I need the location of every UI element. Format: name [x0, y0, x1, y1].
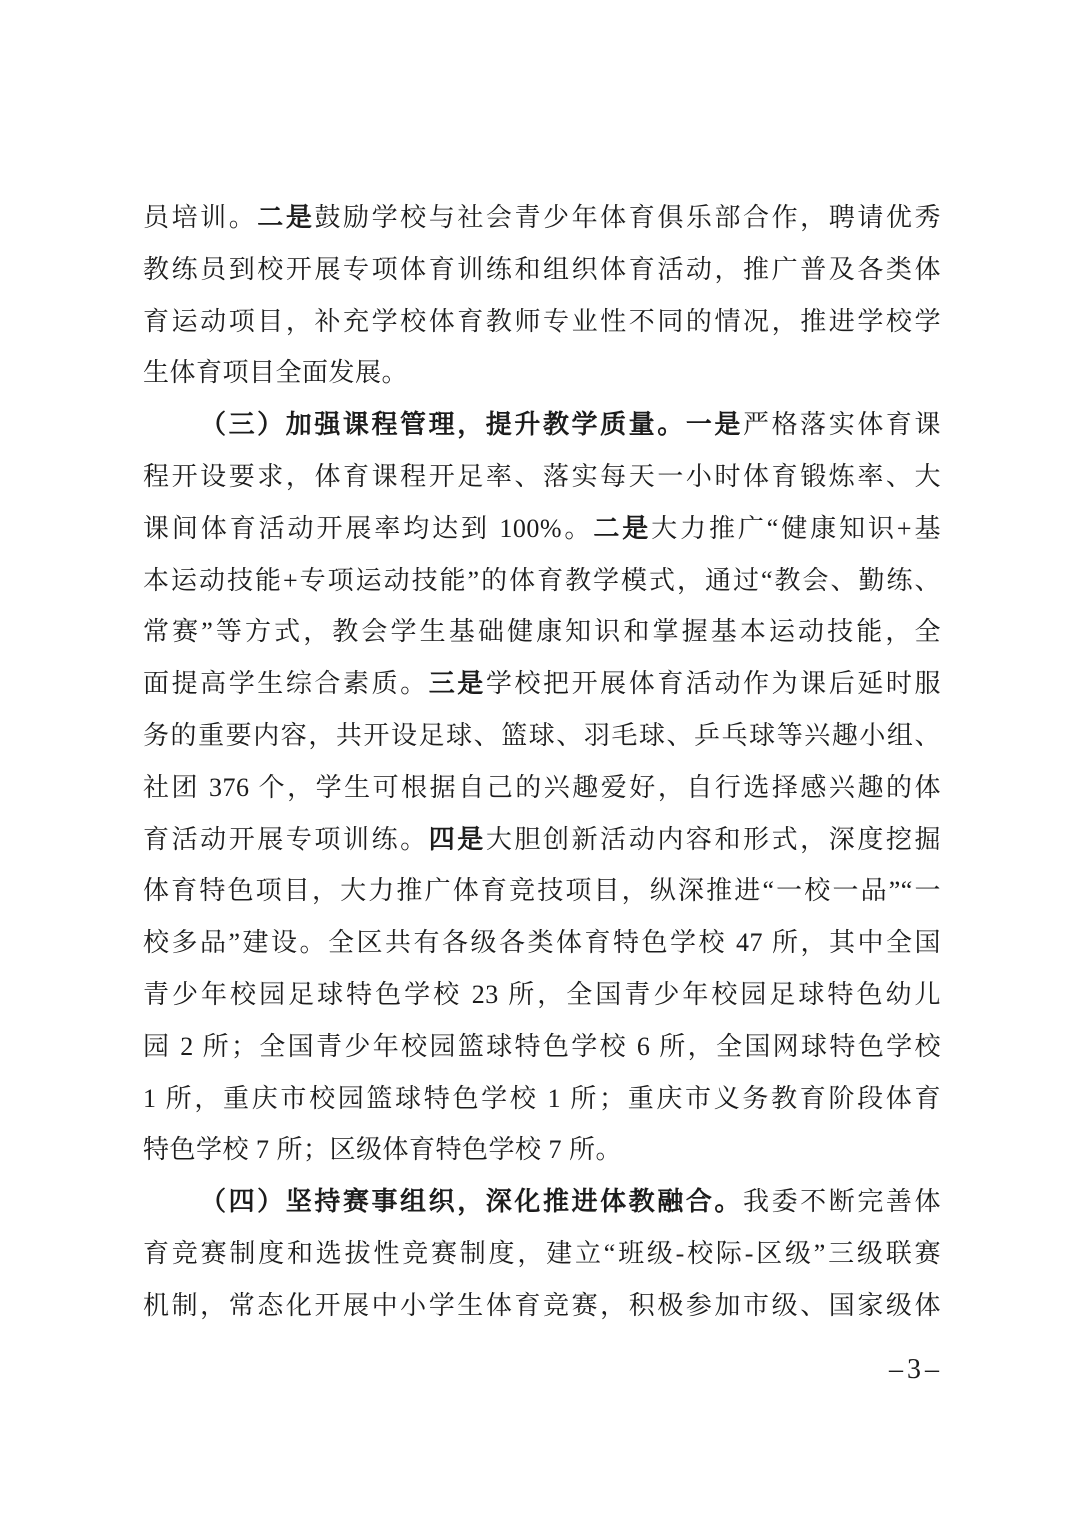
emphasis-text: 四是: [429, 825, 486, 854]
text-line: 务的重要内容，共开设足球、篮球、羽毛球、乒乓球等兴趣小组、: [143, 710, 941, 762]
body-text: 我委不断完善体: [743, 1187, 941, 1216]
body-text: 课间体育活动开展率均达到 100%。: [143, 514, 593, 543]
text-line: 常赛”等方式，教会学生基础健康知识和掌握基本运动技能，全: [143, 606, 941, 658]
body-text: 育运动项目，补充学校体育教师专业性不同的情况，推进学校学: [143, 307, 941, 336]
body-text: 育竞赛制度和选拔性竞赛制度，建立“班级-校际-区级”三级联赛: [143, 1239, 941, 1268]
text-line: 教练员到校开展专项体育训练和组织体育活动，推广普及各类体: [143, 244, 941, 296]
text-line: 面提高学生综合素质。三是学校把开展体育活动作为课后延时服: [143, 658, 941, 710]
body-text: 园 2 所；全国青少年校园篮球特色学校 6 所，全国网球特色学校: [143, 1032, 941, 1061]
text-line: 体育特色项目，大力推广体育竞技项目，纵深推进“一校一品”“一: [143, 865, 941, 917]
body-text: 务的重要内容，共开设足球、篮球、羽毛球、乒乓球等兴趣小组、: [143, 721, 941, 750]
body-text: 生体育项目全面发展。: [143, 358, 408, 387]
body-text: 严格落实体育课: [743, 410, 941, 439]
emphasis-text: 二是: [593, 514, 651, 543]
text-line: 育活动开展专项训练。四是大胆创新活动内容和形式，深度挖掘: [143, 814, 941, 866]
text-line: 1 所，重庆市校园篮球特色学校 1 所；重庆市义务教育阶段体育: [143, 1073, 941, 1125]
body-text: 社团 376 个，学生可根据自己的兴趣爱好，自行选择感兴趣的体: [143, 773, 941, 802]
text-line: 课间体育活动开展率均达到 100%。二是大力推广“健康知识+基: [143, 503, 941, 555]
body-text: 教练员到校开展专项体育训练和组织体育活动，推广普及各类体: [143, 255, 941, 284]
text-line: 育运动项目，补充学校体育教师专业性不同的情况，推进学校学: [143, 296, 941, 348]
text-line: 园 2 所；全国青少年校园篮球特色学校 6 所，全国网球特色学校: [143, 1021, 941, 1073]
body-text: 本运动技能+专项运动技能”的体育教学模式，通过“教会、勤练、: [143, 566, 941, 595]
body-text: 常赛”等方式，教会学生基础健康知识和掌握基本运动技能，全: [143, 617, 941, 646]
text-line: 青少年校园足球特色学校 23 所，全国青少年校园足球特色幼儿: [143, 969, 941, 1021]
body-text: 特色学校 7 所；区级体育特色学校 7 所。: [143, 1135, 622, 1164]
body-text: 体育特色项目，大力推广体育竞技项目，纵深推进“一校一品”“一: [143, 876, 941, 905]
text-line: 育竞赛制度和选拔性竞赛制度，建立“班级-校际-区级”三级联赛: [143, 1228, 941, 1280]
body-text: 面提高学生综合素质。: [143, 669, 429, 698]
body-text: 1 所，重庆市校园篮球特色学校 1 所；重庆市义务教育阶段体育: [143, 1084, 941, 1113]
body-text: 程开设要求，体育课程开足率、落实每天一小时体育锻炼率、大: [143, 462, 941, 491]
body-text: 大胆创新活动内容和形式，深度挖掘: [486, 825, 941, 854]
document-page: 员培训。二是鼓励学校与社会青少年体育俱乐部合作，聘请优秀教练员到校开展专项体育训…: [0, 0, 1074, 1520]
emphasis-text: 三是: [429, 669, 486, 698]
text-line: （四）坚持赛事组织，深化推进体教融合。我委不断完善体: [143, 1176, 941, 1228]
emphasis-text: （四）坚持赛事组织，深化推进体教融合。: [200, 1187, 743, 1216]
body-text: 机制，常态化开展中小学生体育竞赛，积极参加市级、国家级体: [143, 1291, 941, 1320]
emphasis-text: （三）加强课程管理，提升教学质量。一是: [200, 410, 743, 439]
page-number: –3–: [889, 1352, 943, 1388]
body-text: 学校把开展体育活动作为课后延时服: [486, 669, 941, 698]
document-body: 员培训。二是鼓励学校与社会青少年体育俱乐部合作，聘请优秀教练员到校开展专项体育训…: [143, 192, 941, 1332]
text-line: 校多品”建设。全区共有各级各类体育特色学校 47 所，其中全国: [143, 917, 941, 969]
emphasis-text: 二是: [257, 203, 314, 232]
text-line: 员培训。二是鼓励学校与社会青少年体育俱乐部合作，聘请优秀: [143, 192, 941, 244]
text-line: （三）加强课程管理，提升教学质量。一是严格落实体育课: [143, 399, 941, 451]
body-text: 青少年校园足球特色学校 23 所，全国青少年校园足球特色幼儿: [143, 980, 941, 1009]
text-line: 社团 376 个，学生可根据自己的兴趣爱好，自行选择感兴趣的体: [143, 762, 941, 814]
body-text: 校多品”建设。全区共有各级各类体育特色学校 47 所，其中全国: [143, 928, 941, 957]
text-line: 生体育项目全面发展。: [143, 347, 941, 399]
text-line: 特色学校 7 所；区级体育特色学校 7 所。: [143, 1124, 941, 1176]
body-text: 鼓励学校与社会青少年体育俱乐部合作，聘请优秀: [314, 203, 941, 232]
text-line: 机制，常态化开展中小学生体育竞赛，积极参加市级、国家级体: [143, 1280, 941, 1332]
body-text: 育活动开展专项训练。: [143, 825, 429, 854]
text-line: 程开设要求，体育课程开足率、落实每天一小时体育锻炼率、大: [143, 451, 941, 503]
body-text: 大力推广“健康知识+基: [651, 514, 941, 543]
body-text: 员培训。: [143, 203, 257, 232]
text-line: 本运动技能+专项运动技能”的体育教学模式，通过“教会、勤练、: [143, 555, 941, 607]
